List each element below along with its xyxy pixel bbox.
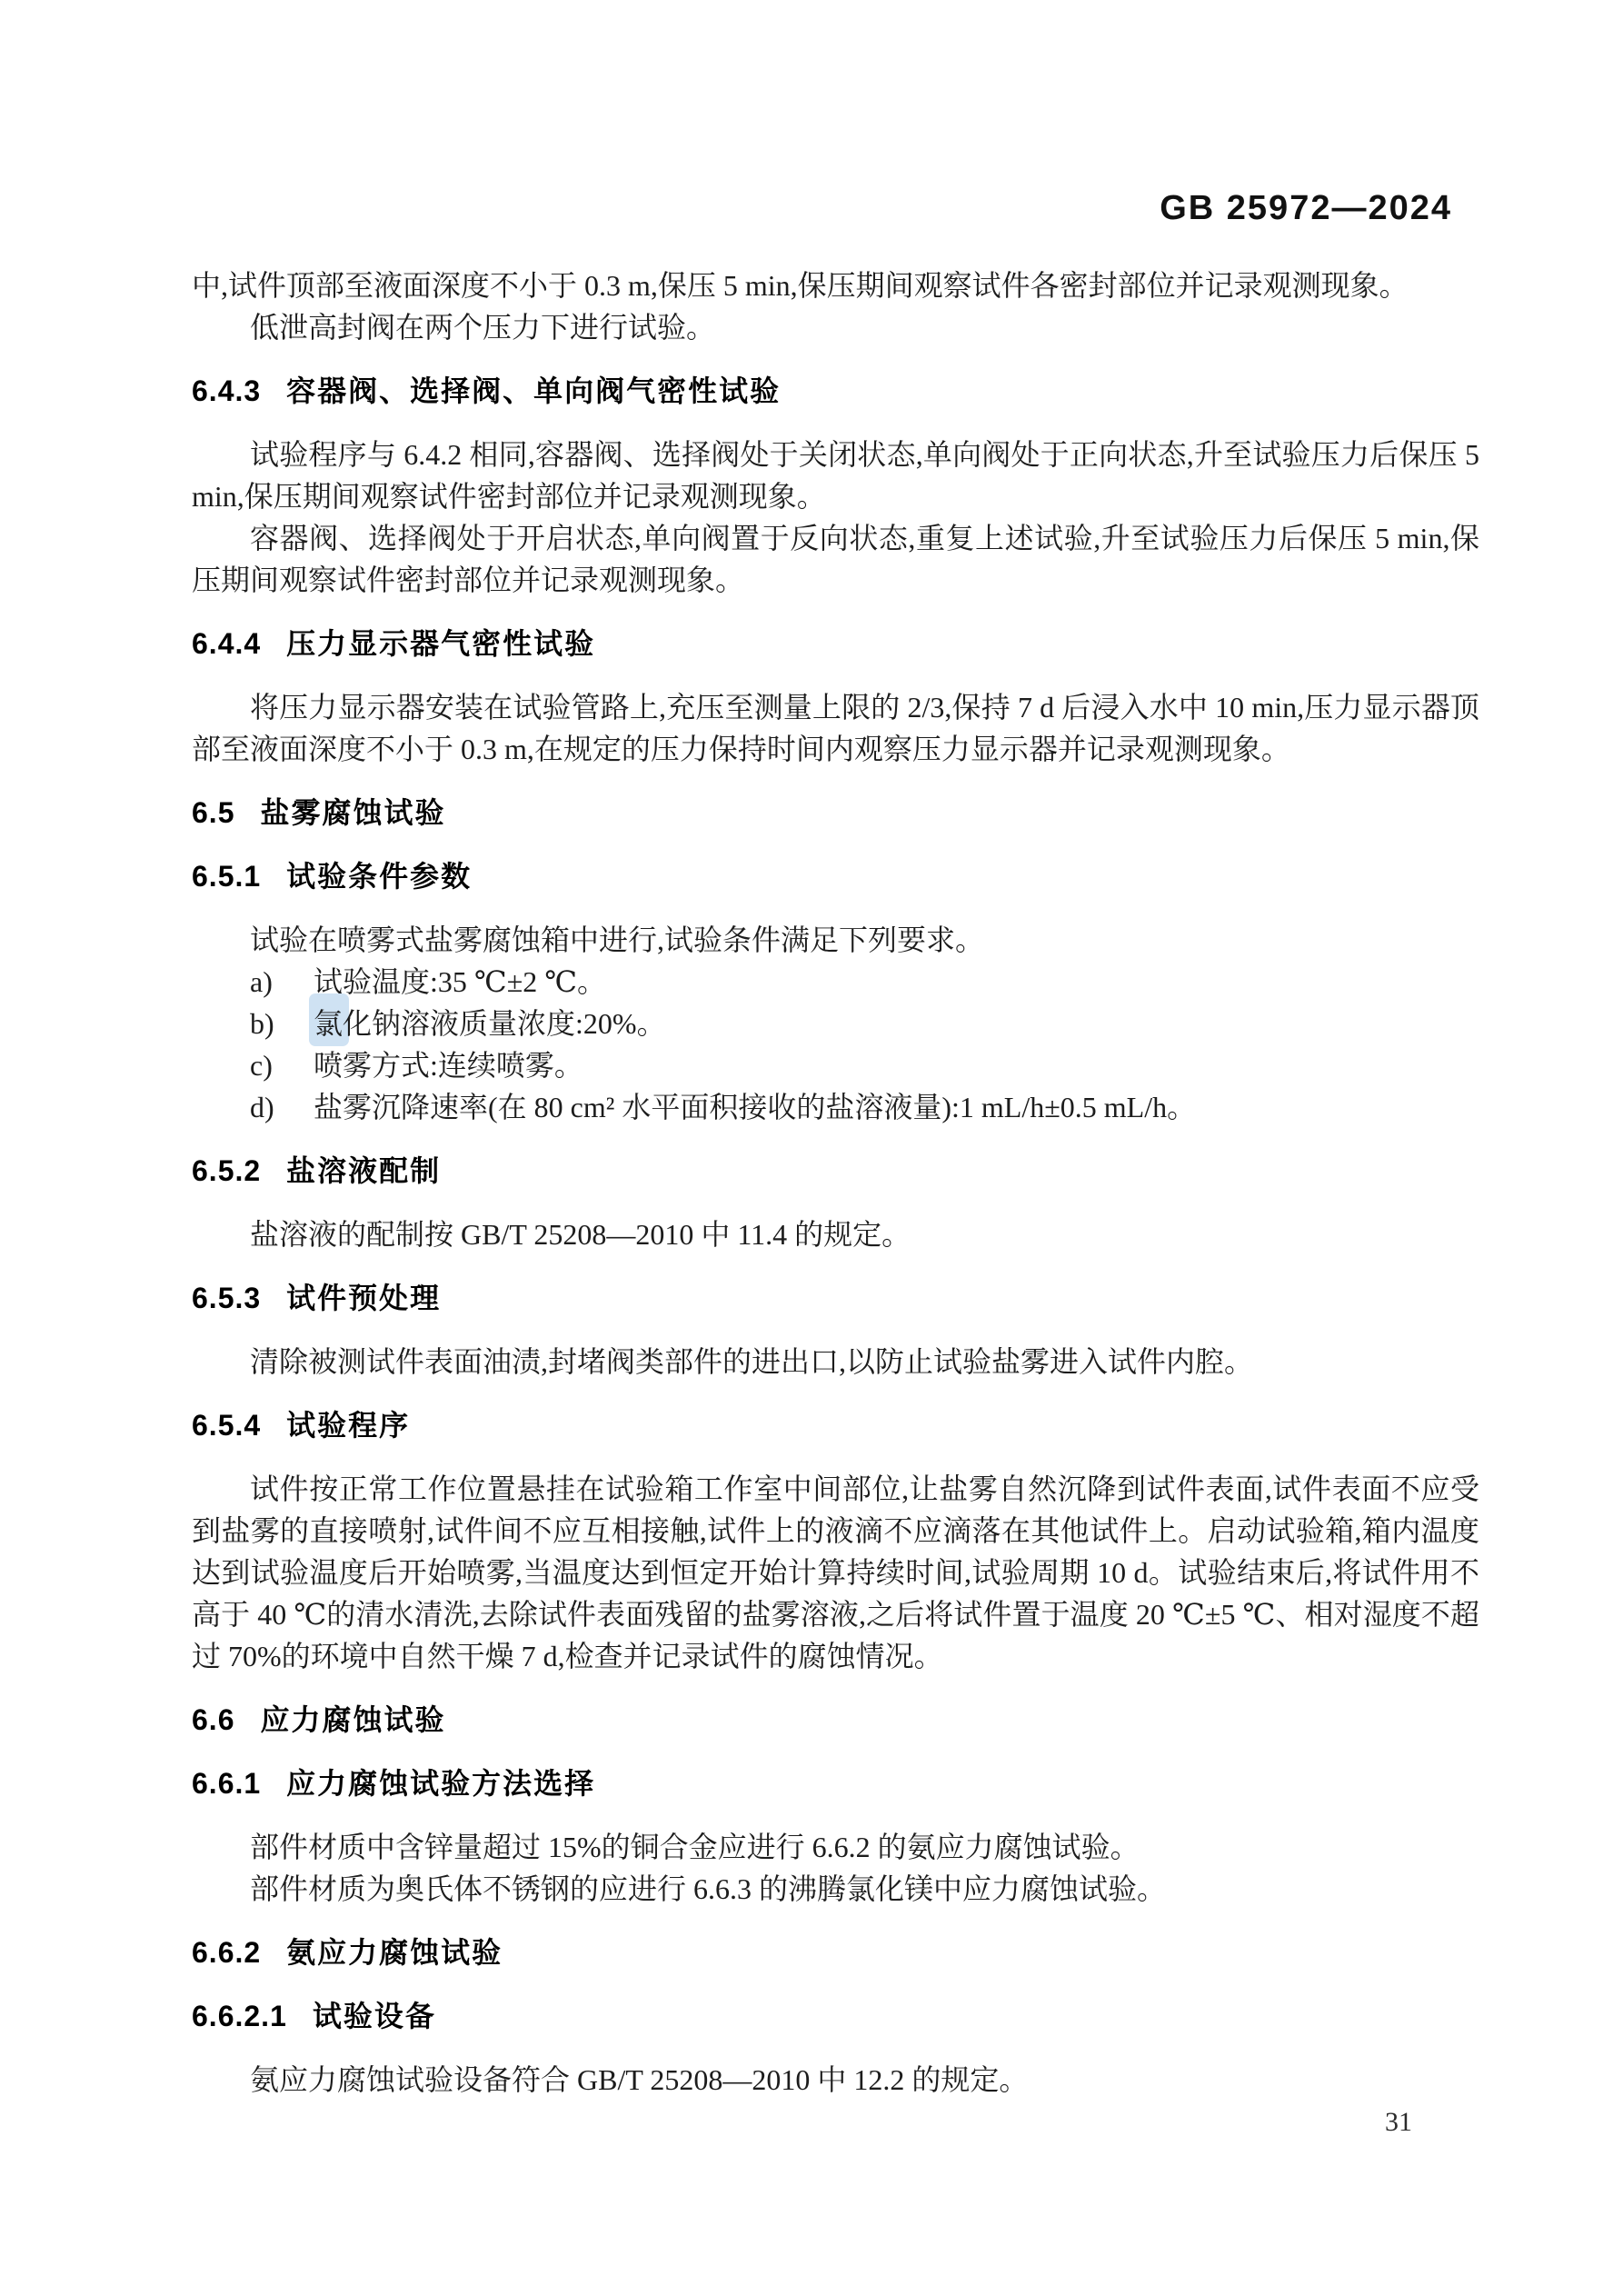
paragraph: 氨应力腐蚀试验设备符合 GB/T 25208—2010 中 12.2 的规定。 (192, 2059, 1479, 2101)
page-number: 31 (1385, 2107, 1412, 2138)
list-item-text: 化钠溶液质量浓度:20%。 (343, 1007, 666, 1040)
heading-number: 6.5.2 (192, 1154, 261, 1187)
document-page: GB 25972—2024 中,试件顶部至液面深度不小于 0.3 m,保压 5 … (0, 0, 1623, 2296)
heading-6-5-2: 6.5.2盐溶液配制 (192, 1150, 1479, 1192)
paragraph: 部件材质中含锌量超过 15%的铜合金应进行 6.6.2 的氨应力腐蚀试验。 (192, 1826, 1479, 1868)
list-item-text: 喷雾方式:连续喷雾。 (314, 1049, 583, 1082)
heading-number: 6.6.2.1 (192, 2000, 287, 2032)
heading-title: 压力显示器气密性试验 (286, 627, 595, 660)
list-item-a: a)试验温度:35 ℃±2 ℃。 (192, 961, 1479, 1003)
paragraph: 盐溶液的配制按 GB/T 25208—2010 中 11.4 的规定。 (192, 1213, 1479, 1255)
paragraph: 将压力显示器安装在试验管路上,充压至测量上限的 2/3,保持 7 d 后浸入水中… (192, 686, 1479, 770)
heading-6-4-4: 6.4.4压力显示器气密性试验 (192, 623, 1479, 664)
list-item-label: b) (250, 1003, 274, 1044)
heading-number: 6.5 (192, 796, 234, 829)
list-item-label: c) (250, 1044, 273, 1086)
paragraph-continuation: 中,试件顶部至液面深度不小于 0.3 m,保压 5 min,保压期间观察试件各密… (192, 265, 1479, 306)
paragraph: 试件按正常工作位置悬挂在试验箱工作室中间部位,让盐雾自然沉降到试件表面,试件表面… (192, 1468, 1479, 1677)
heading-title: 试验程序 (286, 1409, 410, 1442)
list-item-text: 盐雾沉降速率(在 80 cm² 水平面积接收的盐溶液量):1 mL/h±0.5 … (314, 1091, 1196, 1123)
heading-6-6: 6.6应力腐蚀试验 (192, 1699, 1479, 1741)
list-item-label: d) (250, 1086, 274, 1128)
heading-number: 6.6.2 (192, 1936, 261, 1969)
paragraph: 清除被测试件表面油渍,封堵阀类部件的进出口,以防止试验盐雾进入试件内腔。 (192, 1341, 1479, 1383)
list-item-b: b)氯化钠溶液质量浓度:20%。 (192, 1003, 1479, 1044)
paragraph: 容器阀、选择阀处于开启状态,单向阀置于反向状态,重复上述试验,升至试验压力后保压… (192, 517, 1479, 601)
heading-6-5-1: 6.5.1试验条件参数 (192, 855, 1479, 897)
heading-title: 试验设备 (313, 2000, 436, 2032)
heading-number: 6.4.4 (192, 627, 261, 660)
heading-title: 盐溶液配制 (286, 1154, 441, 1187)
heading-6-4-3: 6.4.3容器阀、选择阀、单向阀气密性试验 (192, 370, 1479, 412)
heading-number: 6.6 (192, 1703, 234, 1736)
paragraph: 试验在喷雾式盐雾腐蚀箱中进行,试验条件满足下列要求。 (192, 919, 1479, 961)
paragraph: 部件材质为奥氏体不锈钢的应进行 6.6.3 的沸腾氯化镁中应力腐蚀试验。 (192, 1868, 1479, 1910)
standard-code: GB 25972—2024 (1160, 189, 1452, 228)
paragraph: 低泄高封阀在两个压力下进行试验。 (192, 306, 1479, 348)
list-item-label: a) (250, 961, 273, 1003)
paragraph: 试验程序与 6.4.2 相同,容器阀、选择阀处于关闭状态,单向阀处于正向状态,升… (192, 434, 1479, 517)
condition-list: a)试验温度:35 ℃±2 ℃。 b)氯化钠溶液质量浓度:20%。 c)喷雾方式… (192, 961, 1479, 1128)
heading-6-6-2: 6.6.2氨应力腐蚀试验 (192, 1932, 1479, 1973)
heading-number: 6.5.1 (192, 860, 261, 893)
heading-number: 6.5.4 (192, 1409, 261, 1442)
heading-title: 试件预处理 (286, 1282, 441, 1314)
heading-6-5: 6.5盐雾腐蚀试验 (192, 792, 1479, 834)
heading-number: 6.5.3 (192, 1282, 261, 1314)
heading-title: 应力腐蚀试验 (260, 1703, 445, 1736)
heading-number: 6.6.1 (192, 1767, 261, 1800)
heading-title: 试验条件参数 (286, 860, 472, 893)
heading-6-6-2-1: 6.6.2.1试验设备 (192, 1995, 1479, 2037)
list-item-c: c)喷雾方式:连续喷雾。 (192, 1044, 1479, 1086)
document-content: 中,试件顶部至液面深度不小于 0.3 m,保压 5 min,保压期间观察试件各密… (192, 265, 1479, 2101)
heading-6-6-1: 6.6.1应力腐蚀试验方法选择 (192, 1762, 1479, 1804)
heading-title: 容器阀、选择阀、单向阀气密性试验 (286, 374, 781, 407)
heading-title: 氨应力腐蚀试验 (286, 1936, 503, 1969)
heading-6-5-4: 6.5.4试验程序 (192, 1404, 1479, 1446)
heading-6-5-3: 6.5.3试件预处理 (192, 1277, 1479, 1319)
list-item-text: 试验温度:35 ℃±2 ℃。 (314, 965, 606, 998)
heading-number: 6.4.3 (192, 374, 261, 407)
heading-title: 应力腐蚀试验方法选择 (286, 1767, 595, 1800)
heading-title: 盐雾腐蚀试验 (260, 796, 445, 829)
list-item-d: d)盐雾沉降速率(在 80 cm² 水平面积接收的盐溶液量):1 mL/h±0.… (192, 1086, 1479, 1128)
